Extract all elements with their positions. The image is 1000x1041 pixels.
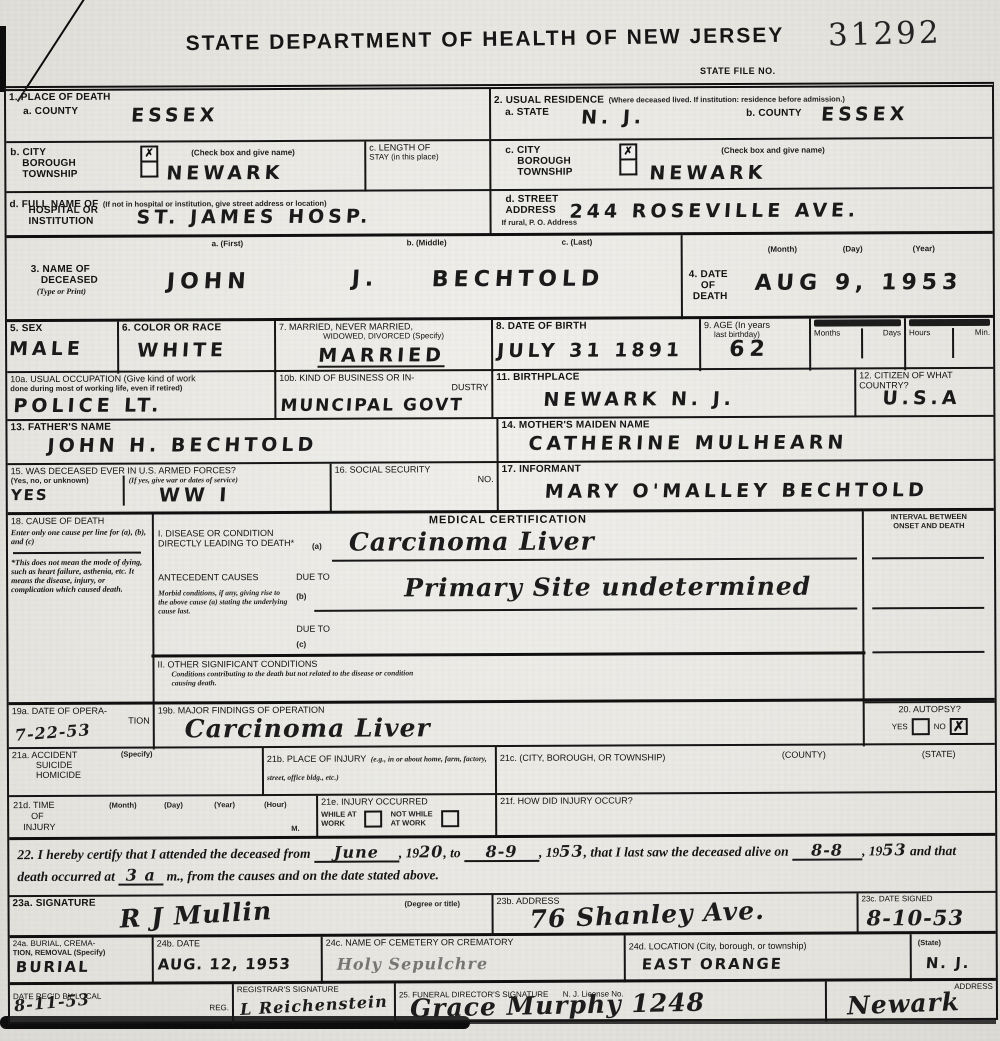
armed-forces-hint2: (If yes, give war or dates of service) (129, 475, 327, 485)
due-to-c-label: DUE TO (296, 624, 330, 634)
place-of-death-title: 1. PLACE OF DEATH (9, 90, 486, 104)
cemetery-value: Holy Sepulchre (337, 956, 488, 973)
findings-value: Carcinoma Liver (185, 715, 431, 741)
signature-value: R J Mullin (119, 898, 273, 932)
usual-residence-title: 2. USUAL RESIDENCE (494, 95, 604, 106)
residence-county-label: b. COUNTY (746, 108, 802, 120)
field-age-under-1yr: IF UNDER 1 YEAR Months Days (811, 318, 906, 370)
injury-city-label: 21c. (CITY, BOROUGH, OR TOWNSHIP) (500, 752, 666, 763)
usual-residence-hint: (Where deceased lived. If institution: r… (609, 94, 845, 104)
check-hint: (Check box and give name) (191, 148, 295, 157)
field-hospital: d. FULL NAME OF (If not in hospital or i… (6, 191, 491, 237)
sex-label: 5. SEX (10, 323, 114, 335)
row-city: b. CITY BOROUGH TOWNSHIP ✗ (Check box an… (6, 137, 992, 193)
cert-text-1: I hereby certify that I attended the dec… (38, 846, 311, 862)
father-label: 13. FATHER'S NAME (10, 420, 493, 434)
field-registrar-signature: REGISTRAR'S SIGNATURE L Reichenstein (234, 983, 396, 1024)
last-name-value: BECHTOLD (431, 269, 605, 292)
checkbox-empty-icon (619, 160, 637, 175)
field-burial-type: 24a. BURIAL, CREMA- TION, REMOVAL (Speci… (10, 938, 154, 986)
field-other-conditions: II. OTHER SIGNIFICANT CONDITIONS Conditi… (151, 651, 865, 704)
hospital-label-3: INSTITUTION (29, 216, 94, 228)
cert-alive-value: 8-8 (792, 842, 862, 860)
field-injury-occurred: 21e. INJURY OCCURRED WHILE ATWORK NOT WH… (318, 795, 497, 838)
not-while-label-2: AT WORK (391, 818, 426, 827)
row-operation: 19a. DATE OF OPERA- TION 7-22-53 19b. MA… (9, 698, 995, 750)
ssn-label-1: 16. SOCIAL SECURITY (335, 464, 494, 475)
death-month-hint: (Month) (768, 245, 797, 254)
field-how-injury-occurred: 21f. HOW DID INJURY OCCUR? (497, 793, 995, 837)
row-parents: 13. FATHER'S NAME JOHN H. BECHTOLD 14. M… (7, 415, 993, 465)
antecedent-label: ANTECEDENT CAUSES (158, 572, 258, 582)
race-value: WHITE (136, 341, 227, 360)
line-b-mark: (b) (296, 592, 306, 601)
field-mother: 14. MOTHER'S MAIDEN NAME CATHERINE MULHE… (498, 417, 993, 463)
city-label-1: b. CITY (10, 147, 46, 159)
injury-day-hint: (Day) (164, 800, 183, 809)
field-usual-residence: 2. USUAL RESIDENCE (Where deceased lived… (491, 87, 992, 139)
burial-value: BURIAL (15, 960, 90, 975)
min-label: Min. (975, 328, 990, 358)
injury-state-label: (STATE) (922, 749, 956, 759)
burial-label-2: TION, REMOVAL (Specify) (13, 948, 149, 958)
occupation-value: POLICE LT. (13, 396, 163, 416)
field-sex: 5. SEX MALE (7, 322, 119, 374)
citizen-value: U.S.A (882, 389, 962, 408)
scanned-certificate-sheet: STATE DEPARTMENT OF HEALTH OF NEW JERSEY… (0, 0, 1000, 1041)
first-name-value: JOHN (166, 271, 251, 293)
operation-date-value: 7-22-53 (14, 722, 91, 744)
field-birthplace: 11. BIRTHPLACE NEWARK N. J. (493, 369, 856, 419)
county-label: a. COUNTY (23, 104, 486, 118)
field-time-of-injury: 21d. TIME OF INJURY (Month) (Day) (Year)… (9, 796, 318, 839)
months-label: Months (814, 329, 840, 359)
name-label-2: DECEASED (41, 275, 98, 287)
cert-from-year: 20 (419, 842, 443, 861)
field-place-of-injury: 21b. PLACE OF INJURY (e.g., in or about … (264, 747, 497, 796)
armed-forces-value: YES (10, 488, 123, 503)
cert-to-year: 53 (559, 842, 583, 861)
row-injury-type: 21a. ACCIDENT SUICIDE HOMICIDE (Specify)… (9, 743, 995, 797)
field-informant: 17. INFORMANT MARY O'MALLEY BECHTOLD (499, 461, 994, 512)
days-label: Days (883, 328, 901, 358)
death-day-hint: (Day) (843, 244, 863, 253)
field-funeral-director: 25. FUNERAL DIRECTOR'S SIGNATURE N. J. L… (396, 982, 827, 1024)
checkbox-empty-icon (140, 162, 158, 177)
marital-label-2: WIDOWED, DIVORCED (Specify) (279, 331, 488, 341)
field-physician-address: 23b. ADDRESS 76 Shanley Ave. (493, 893, 858, 935)
hospital-value: ST. JAMES HOSP. (136, 208, 372, 228)
certification-paragraph: 22. I hereby certify that I attended the… (9, 836, 995, 891)
line-b-rule (314, 607, 857, 611)
res-city-label-1: c. CITY (505, 145, 540, 157)
mother-label: 14. MOTHER'S MAIDEN NAME (501, 418, 990, 432)
injury-m-suffix: M. (291, 824, 299, 833)
field-cause-of-death-note: 18. CAUSE OF DEATH Enter only one cause … (8, 515, 155, 706)
field-major-findings: 19b. MAJOR FINDINGS OF OPERATION Carcino… (155, 701, 865, 749)
while-at-work-label-2: WORK (321, 819, 345, 828)
residence-city-value: NEWARK (649, 164, 767, 184)
operation-label-1: 19a. DATE OF OPERA- (12, 706, 150, 717)
age-label-1: 9. AGE (In years (704, 320, 806, 330)
checkbox-checked-icon: ✗ (140, 145, 158, 162)
name-label-1: 3. NAME OF (31, 264, 90, 276)
field-cemetery: 24c. NAME OF CEMETERY OR CREMATORY Holy … (323, 935, 626, 983)
injury-hour-hint: (Hour) (264, 800, 287, 809)
line-a-mark: (a) (312, 542, 322, 551)
row-hospital-street: d. FULL NAME OF (If not in hospital or i… (6, 187, 992, 237)
field-date-of-birth: 8. DATE OF BIRTH JULY 31 1891 (493, 319, 701, 372)
informant-label: 17. INFORMANT (502, 462, 991, 476)
medical-certification-title: MEDICAL CERTIFICATION (157, 512, 859, 528)
cert-from-value: June (314, 844, 399, 862)
sex-value: MALE (8, 340, 84, 359)
row-demographics: 5. SEX MALE 6. COLOR OR RACE WHITE 7. MA… (7, 315, 993, 374)
date-signed-label: 23c. DATE SIGNED (861, 894, 992, 904)
cert-to-value: 8-9 (464, 844, 539, 862)
accident-label-3: HOMICIDE (36, 770, 81, 780)
field-citizen: 12. CITIZEN OF WHAT COUNTRY? U.S.A (856, 369, 993, 418)
field-date-received: DATE REC'D BY LOCAL REG. 8-11-53 (10, 984, 234, 1025)
disease-label-2: DIRECTLY LEADING TO DEATH* (158, 538, 294, 549)
dod-label-1: 4. DATE (689, 269, 728, 281)
field-accident-suicide: 21a. ACCIDENT SUICIDE HOMICIDE (Specify) (9, 748, 264, 797)
cause-note-2: *This does not mean the mode of dying, s… (11, 558, 149, 595)
state-value: N. J. (580, 108, 645, 127)
not-while-checkbox-empty (441, 810, 459, 827)
cert-num: 22. (17, 847, 34, 862)
date-signed-value: 8-10-53 (867, 907, 965, 928)
field-name-of-deceased: 3. NAME OF DECEASED (Type or Print) a. (… (7, 235, 681, 322)
row-registrar: DATE REC'D BY LOCAL REG. 8-11-53 REGISTR… (10, 978, 996, 1025)
field-father: 13. FATHER'S NAME JOHN H. BECHTOLD (7, 419, 498, 465)
burial-state-hint: (State) (918, 938, 941, 947)
hospital-label-2: HOSPITAL OR (28, 205, 98, 217)
dod-label-2: OF (701, 280, 715, 292)
armed-forces-hint1: (Yes, no, or unknown) (11, 476, 123, 485)
ssn-label-2: NO. (335, 474, 494, 485)
place-injury-label: 21b. PLACE OF INJURY (267, 754, 366, 764)
row-place-residence: 1. PLACE OF DEATH a. COUNTY ESSEX 2. USU… (6, 87, 992, 141)
field-street-address: d. STREET ADDRESS If rural, P. O. Addres… (491, 189, 992, 235)
under-1yr-header: IF UNDER 1 YEAR (814, 319, 901, 326)
cert-hour-value: 3 a (118, 867, 163, 885)
checkbox-checked-icon: ✗ (619, 143, 637, 160)
dod-label-3: DEATH (693, 291, 728, 303)
cert-text-2: , 19 (399, 845, 419, 860)
business-label-2: DUSTRY (279, 382, 488, 393)
row-occupation: 10a. USUAL OCCUPATION (Give kind of work… (7, 367, 993, 421)
physician-address-value: 76 Shanley Ave. (529, 898, 765, 932)
field-length-of-stay: c. LENGTH OF STAY (in this place) (366, 141, 491, 192)
field-date-of-death: (Month) (Day) (Year) 4. DATE OF DEATH AU… (681, 234, 993, 319)
funeral-director-value: Grace Murphy 1248 (410, 990, 706, 1021)
field-medical-certification: MEDICAL CERTIFICATION I. DISEASE OR COND… (154, 511, 865, 704)
name-label-3: (Type or Print) (37, 287, 86, 296)
city-label-3: TOWNSHIP (22, 169, 77, 181)
field-armed-forces: 15. WAS DECEASED EVER IN U.S. ARMED FORC… (8, 464, 332, 514)
field-funeral-address: ADDRESS Newark (827, 981, 996, 1022)
page-title: STATE DEPARTMENT OF HEALTH OF NEW JERSEY (175, 24, 795, 57)
field-age: 9. AGE (In years last birthday) 62 (701, 319, 811, 371)
citizen-label-1: 12. CITIZEN OF WHAT (859, 370, 990, 381)
field-autopsy: 20. AUTOPSY? YES NO ✗ (865, 701, 995, 747)
cert-text-7: , 19 (862, 843, 882, 858)
burial-location-label: 24d. LOCATION (City, borough, or townshi… (629, 941, 807, 952)
birthplace-label: 11. BIRTHPLACE (496, 370, 851, 383)
row-burial: 24a. BURIAL, CREMA- TION, REMOVAL (Speci… (10, 931, 996, 985)
row-certification-statement: 22. I hereby certify that I attended the… (9, 833, 995, 898)
cert-text-4: , 19 (539, 845, 559, 860)
cause-note-1: Enter only one cause per line for (a), (… (11, 528, 149, 547)
state-file-number-stamp: 31292 (828, 15, 943, 54)
while-at-work-label-1: WHILE AT (321, 810, 356, 819)
field-occupation: 10a. USUAL OCCUPATION (Give kind of work… (7, 372, 276, 421)
time-injury-label-2: OF (31, 811, 44, 821)
field-burial-location: 24d. LOCATION (City, borough, or townshi… (626, 934, 996, 983)
line-a-rule (332, 557, 857, 561)
street-hint: If rural, P. O. Address (502, 218, 577, 227)
death-year-hint: (Year) (913, 244, 935, 253)
field-ssn: 16. SOCIAL SECURITY NO. (332, 463, 499, 513)
father-value: JOHN H. BECHTOLD (47, 436, 318, 456)
age-value: 62 (728, 339, 770, 361)
cert-text-5: , that I last saw the deceased (584, 844, 742, 860)
state-file-no-label: STATE FILE NO. (700, 66, 776, 76)
field-place-of-death: 1. PLACE OF DEATH a. COUNTY ESSEX (6, 89, 491, 141)
row-injury-time: 21d. TIME OF INJURY (Month) (Day) (Year)… (9, 791, 995, 839)
occupation-label-2: done during most of working life, even i… (10, 383, 271, 393)
line-c-mark: (c) (296, 640, 306, 649)
burial-date-value: AUG. 12, 1953 (157, 957, 291, 973)
race-label: 6. COLOR OR RACE (122, 322, 271, 334)
res-check-hint: (Check box and give name) (721, 146, 825, 155)
city-label-2: BOROUGH (22, 158, 76, 170)
street-address-value: 244 ROSEVILLE AVE. (569, 201, 860, 221)
morbid-note: Morbid conditions, if any, giving rise t… (158, 588, 288, 616)
field-business: 10b. KIND OF BUSINESS OR IN- DUSTRY MUNC… (276, 371, 493, 420)
interval-label-2: ONSET AND DEATH (867, 521, 991, 531)
res-city-label-3: TOWNSHIP (517, 167, 572, 179)
how-injury-label: 21f. HOW DID INJURY OCCUR? (500, 794, 992, 806)
cemetery-label: 24c. NAME OF CEMETERY OR CREMATORY (326, 936, 621, 947)
burial-location-value: EAST ORANGE (641, 957, 783, 973)
middle-name-hint: b. (Middle) (407, 238, 447, 247)
field-interval: INTERVAL BETWEEN ONSET AND DEATH (864, 511, 995, 702)
res-city-label-2: BOROUGH (517, 156, 571, 168)
row-name-deceased: 3. NAME OF DECEASED (Type or Print) a. (… (7, 231, 993, 322)
cause-label: 18. CAUSE OF DEATH (11, 516, 149, 527)
business-value: MUNCIPAL GOVT (280, 397, 464, 415)
other-conditions-note: Conditions contributing to the death but… (172, 668, 422, 687)
not-while-label-1: NOT WHILE (391, 809, 433, 818)
war-value: WW I (158, 486, 327, 506)
field-burial-date: 24b. DATE AUG. 12, 1953 (154, 937, 323, 985)
field-age-under-24h: IF UNDER 24 HRS. Hours Min. (906, 318, 993, 370)
autopsy-yes-checkbox-empty (912, 718, 930, 735)
accident-label-2: SUICIDE (36, 760, 81, 770)
dob-label: 8. DATE OF BIRTH (496, 320, 696, 332)
cause-b-value: Primary Site undetermined (404, 574, 811, 601)
field-date-signed: 23c. DATE SIGNED 8-10-53 (858, 893, 995, 934)
autopsy-label: 20. AUTOPSY? (868, 704, 992, 715)
res-city-checkbox-stack: ✗ (619, 143, 636, 175)
scan-artifact (0, 26, 6, 92)
interval-rule-3 (872, 651, 984, 653)
cert-alive-year: 53 (882, 840, 906, 859)
county-value: ESSEX (130, 106, 218, 125)
middle-name-value: J. (351, 269, 379, 291)
interval-rule-2 (872, 607, 984, 609)
birthplace-value: NEWARK N. J. (543, 390, 736, 410)
field-signature: 23a. SIGNATURE R J Mullin (Degree or tit… (9, 895, 493, 937)
under-24h-header: IF UNDER 24 HRS. (909, 319, 990, 326)
time-injury-label-1: 21d. TIME (13, 800, 54, 810)
field-color-race: 6. COLOR OR RACE WHITE (119, 321, 276, 374)
accident-specify-hint: (Specify) (121, 750, 153, 780)
degree-hint: (Degree or title) (405, 899, 460, 908)
field-injury-location: 21c. (CITY, BOROUGH, OR TOWNSHIP) (COUNT… (497, 745, 995, 795)
dob-value: JULY 31 1891 (496, 341, 683, 361)
row-service-informant: 15. WAS DECEASED EVER IN U.S. ARMED FORC… (8, 459, 994, 514)
autopsy-yes-label: YES (892, 722, 908, 731)
row-cause-of-death: 18. CAUSE OF DEATH Enter only one cause … (8, 508, 995, 705)
interval-rule-1 (872, 557, 984, 559)
while-at-work-checkbox-empty (365, 810, 383, 827)
registrar-signature-value: L Reichenstein (240, 994, 389, 1018)
last-name-hint: c. (Last) (562, 238, 593, 247)
cause-a-value: Carcinoma Liver (349, 529, 595, 555)
time-injury-label-3: INJURY (23, 822, 55, 832)
due-to-b-label: DUE TO (296, 572, 330, 582)
field-date-of-operation: 19a. DATE OF OPERA- TION 7-22-53 (9, 705, 155, 751)
stay-label-1: c. LENGTH OF (369, 142, 486, 153)
marital-value: MARRIED (317, 346, 445, 368)
state-label: a. STATE (505, 107, 549, 119)
row-physician-signature: 23a. SIGNATURE R J Mullin (Degree or tit… (9, 891, 995, 937)
field-marital-status: 7. MARRIED, NEVER MARRIED, WIDOWED, DIVO… (276, 320, 493, 373)
autopsy-no-checkbox-checked: ✗ (950, 718, 968, 735)
injury-occurred-label: 21e. INJURY OCCURRED (321, 796, 492, 807)
city-checkbox-stack: ✗ (140, 145, 157, 177)
cert-text-3: , to (443, 845, 460, 860)
cert-text-9: m., from the causes and on the date stat… (167, 867, 439, 883)
informant-value: MARY O'MALLEY BECHTOLD (544, 481, 928, 502)
field-residence-city: c. CITY BOROUGH TOWNSHIP ✗ (Check box an… (491, 139, 992, 191)
field-city-of-death: b. CITY BOROUGH TOWNSHIP ✗ (Check box an… (6, 142, 366, 194)
date-of-death-value: AUG 9, 1953 (754, 272, 963, 295)
other-conditions-label: II. OTHER SIGNIFICANT CONDITIONS (157, 656, 859, 669)
autopsy-no-label: NO (934, 722, 946, 731)
burial-date-label: 24b. DATE (157, 938, 318, 949)
street-label-1: d. STREET (505, 194, 558, 206)
accident-label-1: 21a. ACCIDENT (12, 750, 81, 760)
residence-county-value: ESSEX (820, 105, 908, 124)
injury-month-hint: (Month) (109, 801, 137, 810)
city-of-death-value: NEWARK (166, 164, 284, 184)
certificate-form: 1. PLACE OF DEATH a. COUNTY ESSEX 2. USU… (4, 82, 998, 1024)
cert-text-6: alive on (745, 844, 789, 859)
burial-state-value: N. J. (925, 956, 971, 971)
street-label-2: ADDRESS (505, 205, 555, 217)
mother-value: CATHERINE MULHEARN (528, 433, 848, 453)
injury-county-label: (COUNTY) (782, 750, 826, 760)
hours-label: Hours (909, 328, 930, 358)
stay-label-2: STAY (in this place) (369, 152, 486, 162)
disease-label-1: I. DISEASE OR CONDITION (158, 528, 274, 539)
injury-year-hint: (Year) (214, 800, 235, 809)
funeral-address-value: Newark (847, 989, 961, 1018)
first-name-hint: a. (First) (212, 239, 244, 248)
